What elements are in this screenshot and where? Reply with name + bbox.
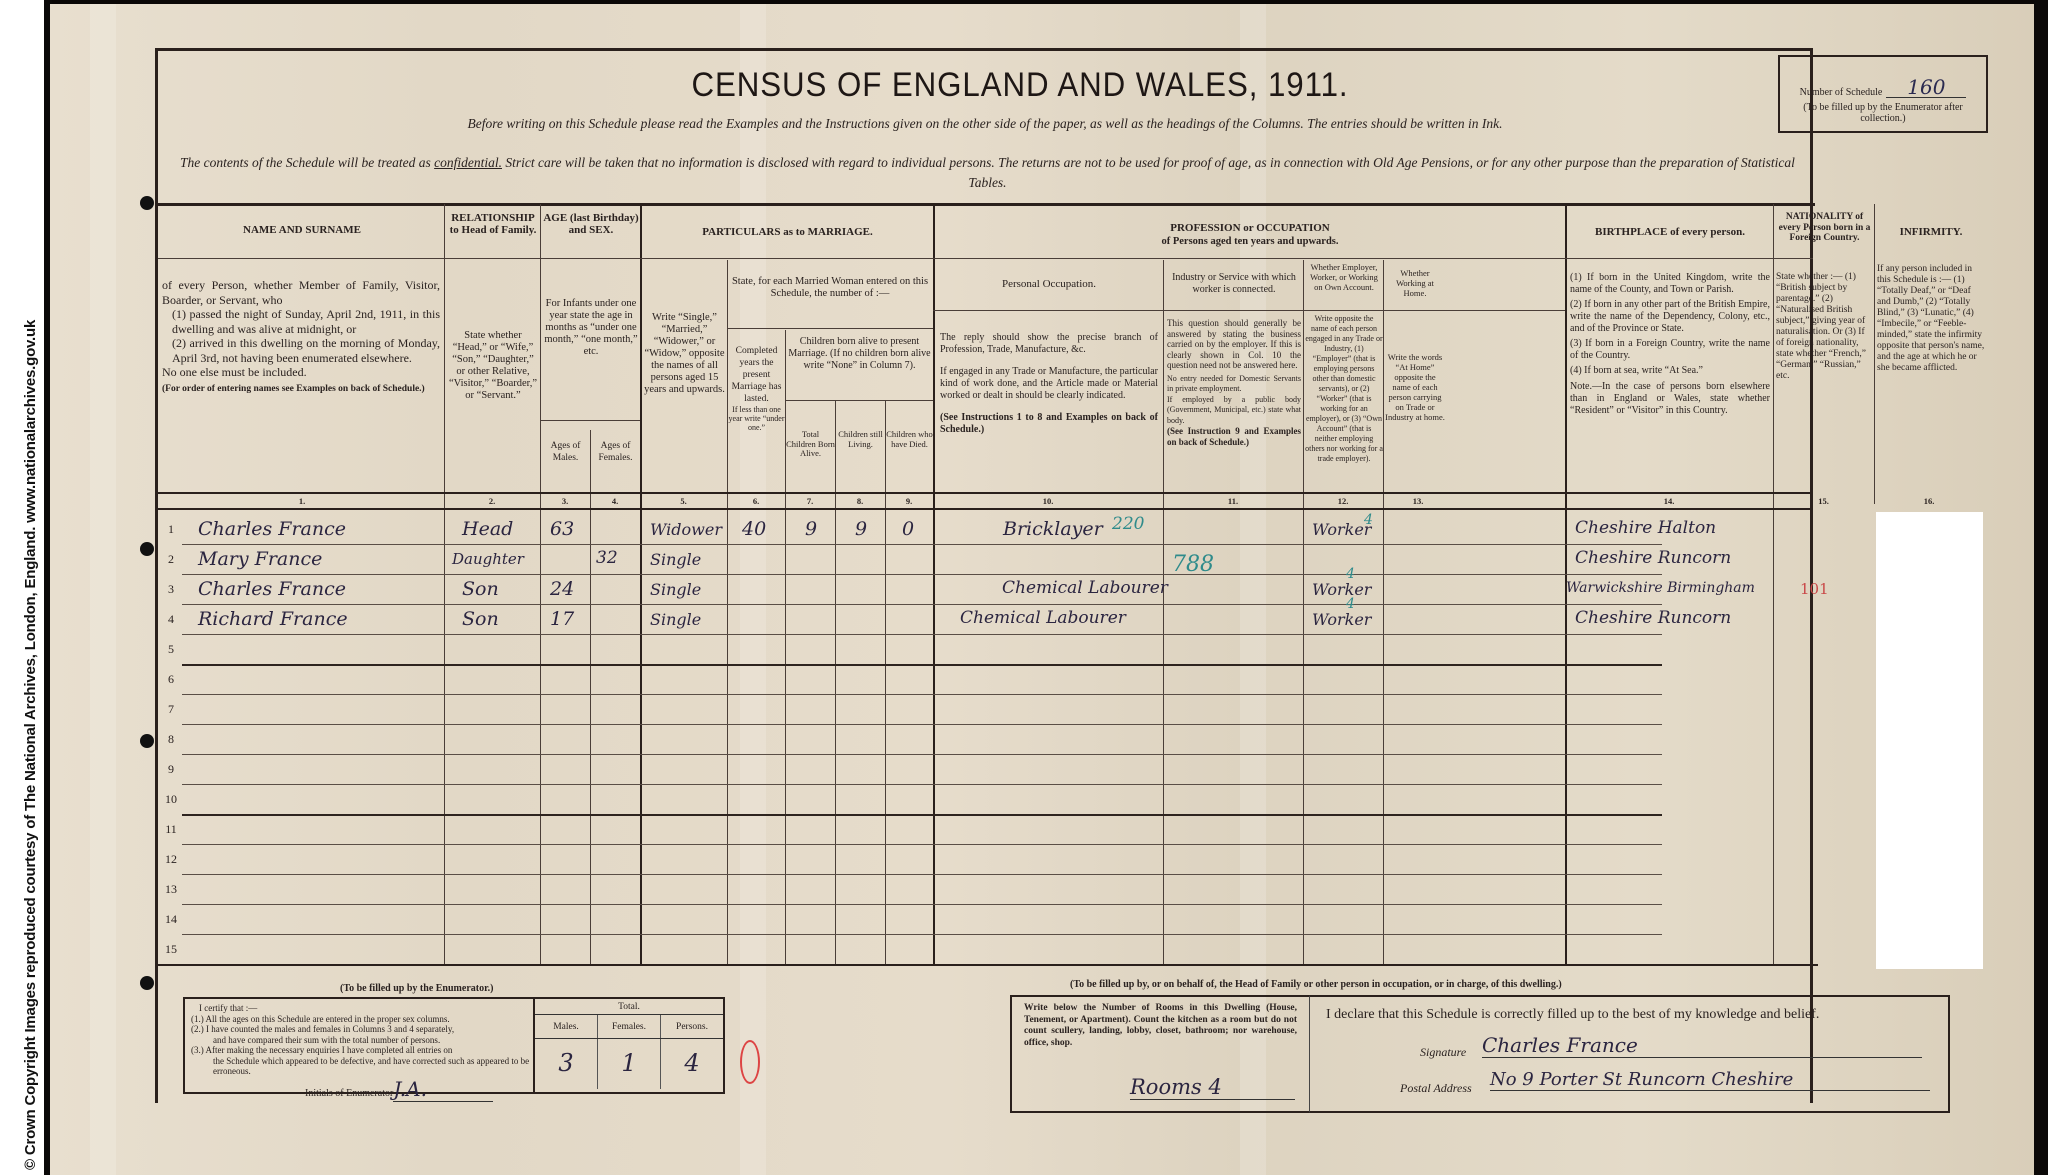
column-number: 13. bbox=[1383, 496, 1453, 506]
header-marriage: PARTICULARS as to MARRIAGE. bbox=[642, 226, 933, 238]
row-rule bbox=[182, 574, 1662, 575]
header-rule bbox=[727, 328, 933, 329]
redacted-infirmity-column bbox=[1876, 512, 1983, 969]
header-age: AGE (last Birthday) and SEX. bbox=[542, 212, 640, 236]
copyright-text: © Crown Copyright Images reproduced cour… bbox=[22, 320, 39, 1170]
header-name-body: of every Person, whether Member of Famil… bbox=[162, 278, 440, 395]
col-divider bbox=[785, 330, 786, 964]
cell-children-died[interactable]: 0 bbox=[902, 518, 914, 540]
punch-hole bbox=[140, 542, 154, 556]
header-relationship-body: State whether “Head,” or “Wife,” “Son,” … bbox=[448, 330, 538, 402]
row-rule bbox=[182, 874, 1662, 875]
row-rule bbox=[182, 934, 1662, 935]
form-title: CENSUS OF ENGLAND AND WALES, 1911. bbox=[560, 66, 1480, 105]
header-rule bbox=[785, 400, 933, 401]
declaration-text: I declare that this Schedule is correctl… bbox=[1326, 1007, 1819, 1023]
cell-occupation[interactable]: Chemical Labourer bbox=[960, 608, 1126, 628]
row-number: 15 bbox=[160, 942, 182, 957]
row-rule bbox=[182, 904, 1662, 905]
cell-birthplace[interactable]: Cheshire Halton bbox=[1575, 518, 1716, 538]
column-number: 2. bbox=[444, 496, 540, 506]
enumerator-certificate: I certify that :— (1.) All the ages on t… bbox=[183, 997, 725, 1094]
column-number: 7. bbox=[785, 496, 835, 506]
cell-children-living[interactable]: 9 bbox=[855, 518, 867, 540]
enumerator-initials-field[interactable]: J.A. bbox=[393, 1077, 493, 1102]
row-number: 2 bbox=[160, 552, 182, 567]
header-died: Children who have Died. bbox=[886, 430, 933, 449]
header-birthplace-body: (1) If born in the United Kingdom, write… bbox=[1570, 272, 1770, 417]
column-number: 15. bbox=[1773, 496, 1874, 506]
header-married-woman: State, for each Married Woman entered on… bbox=[730, 276, 930, 300]
header-ages-females: Ages of Females. bbox=[591, 440, 640, 464]
header-name: NAME AND SURNAME bbox=[160, 224, 444, 236]
row-rule bbox=[182, 604, 1662, 605]
row-number: 13 bbox=[160, 882, 182, 897]
column-number: 4. bbox=[590, 496, 640, 506]
intro-instructions: Before writing on this Schedule please r… bbox=[160, 116, 1810, 132]
row-number: 4 bbox=[160, 612, 182, 627]
header-employer: Whether Employer, Worker, or Working on … bbox=[1305, 262, 1383, 292]
col-divider bbox=[1303, 260, 1304, 964]
total-persons[interactable]: 4 bbox=[661, 1039, 723, 1089]
employer-mark: 4 bbox=[1364, 512, 1373, 528]
signature-field[interactable]: Charles France bbox=[1482, 1033, 1922, 1058]
row-number: 8 bbox=[160, 732, 182, 747]
red-zero-mark bbox=[740, 1040, 760, 1084]
column-number: 5. bbox=[640, 496, 727, 506]
cell-relationship[interactable]: Head bbox=[462, 518, 513, 540]
header-occupation: PROFESSION or OCCUPATION bbox=[935, 222, 1565, 234]
row-rule bbox=[182, 784, 1662, 785]
header-living: Children still Living. bbox=[836, 430, 885, 449]
cell-birthplace[interactable]: Cheshire Runcorn bbox=[1575, 608, 1731, 628]
cell-relationship[interactable]: Son bbox=[462, 578, 499, 600]
cell-marriage[interactable]: Single bbox=[650, 610, 701, 629]
row-number: 1 bbox=[160, 522, 182, 537]
punch-hole bbox=[140, 196, 154, 210]
household-caption: (To be filled up by, or on behalf of, th… bbox=[1070, 979, 1562, 990]
cell-age-male[interactable]: 17 bbox=[550, 608, 574, 630]
col-divider bbox=[933, 204, 935, 964]
column-number: 16. bbox=[1874, 496, 1984, 506]
employer-mark: 4 bbox=[1346, 596, 1355, 612]
cell-name[interactable]: Charles France bbox=[198, 578, 346, 600]
cell-name[interactable]: Mary France bbox=[198, 548, 322, 570]
paper-fold bbox=[90, 4, 116, 1175]
header-children: Children born alive to present Marriage.… bbox=[787, 336, 932, 372]
col-divider bbox=[1383, 260, 1384, 964]
column-number: 9. bbox=[885, 496, 933, 506]
col-divider bbox=[540, 204, 541, 964]
row-number: 10 bbox=[160, 792, 182, 807]
cell-age-male[interactable]: 63 bbox=[550, 518, 574, 540]
header-relationship: RELATIONSHIP to Head of Family. bbox=[446, 212, 540, 236]
cell-name[interactable]: Charles France bbox=[198, 518, 346, 540]
row-rule bbox=[182, 844, 1662, 845]
column-number: 11. bbox=[1163, 496, 1303, 506]
column-number: 3. bbox=[540, 496, 590, 506]
header-rule bbox=[158, 508, 1813, 510]
col-divider bbox=[590, 430, 591, 964]
cell-employer-status[interactable]: Worker bbox=[1312, 520, 1371, 539]
column-number: 12. bbox=[1303, 496, 1383, 506]
total-males[interactable]: 3 bbox=[535, 1039, 598, 1089]
copyright-strip: © Crown Copyright Images reproduced cour… bbox=[0, 0, 44, 1175]
row-rule bbox=[182, 694, 1662, 695]
declaration-box: I declare that this Schedule is correctl… bbox=[1310, 995, 1950, 1113]
schedule-number-box: Number of Schedule160 (To be filled up b… bbox=[1778, 55, 1988, 133]
header-industry: Industry or Service with which worker is… bbox=[1165, 272, 1303, 296]
column-number: 14. bbox=[1565, 496, 1773, 506]
row-rule bbox=[182, 814, 1662, 816]
header-marriage-write: Write “Single,” “Married,” “Widower,” or… bbox=[643, 312, 726, 396]
totals-table: Total. Males.Females.Persons. 314 bbox=[533, 999, 723, 1092]
table-bottom-rule bbox=[158, 964, 1818, 966]
cell-marriage[interactable]: Single bbox=[650, 580, 701, 599]
row-rule bbox=[182, 634, 1662, 635]
confidentiality-notice: The contents of the Schedule will be tre… bbox=[165, 153, 1810, 193]
rooms-field[interactable]: Rooms 4 bbox=[1130, 1075, 1295, 1100]
row-number: 9 bbox=[160, 762, 182, 777]
cell-name[interactable]: Richard France bbox=[198, 608, 348, 630]
cell-occupation[interactable]: Bricklayer bbox=[1003, 518, 1103, 540]
header-at-home: Whether Working at Home. bbox=[1385, 268, 1445, 298]
cell-relationship[interactable]: Son bbox=[462, 608, 499, 630]
header-nationality: NATIONALITY of every Person born in a Fo… bbox=[1775, 212, 1874, 244]
header-ages-males: Ages of Males. bbox=[541, 440, 590, 464]
enumerator-caption: (To be filled up by the Enumerator.) bbox=[340, 983, 493, 994]
cell-children-born[interactable]: 9 bbox=[805, 518, 817, 540]
row-rule bbox=[182, 754, 1662, 755]
header-rule bbox=[158, 492, 1813, 494]
header-rule bbox=[158, 258, 1813, 259]
row-number: 11 bbox=[160, 822, 182, 837]
cell-employer-status[interactable]: Worker bbox=[1312, 610, 1371, 629]
cell-marriage[interactable]: Widower bbox=[650, 520, 722, 539]
occupation-code: 788 bbox=[1172, 552, 1214, 577]
total-females[interactable]: 1 bbox=[598, 1039, 661, 1089]
nationality-code: 101 bbox=[1800, 580, 1829, 598]
cell-marriage[interactable]: Single bbox=[650, 550, 701, 569]
punch-hole bbox=[140, 976, 154, 990]
header-industry-body: This question should generally be answer… bbox=[1167, 318, 1301, 447]
schedule-number-field[interactable]: 160 bbox=[1886, 77, 1966, 98]
cell-relationship[interactable]: Daughter bbox=[452, 550, 524, 568]
row-rule bbox=[182, 724, 1662, 725]
col-divider bbox=[444, 204, 445, 964]
row-number: 14 bbox=[160, 912, 182, 927]
header-rule bbox=[933, 310, 1565, 311]
column-number: 8. bbox=[835, 496, 885, 506]
row-rule bbox=[182, 664, 1662, 666]
header-birthplace: BIRTHPLACE of every person. bbox=[1567, 226, 1773, 238]
cell-birthplace[interactable]: Warwickshire Birmingham bbox=[1566, 580, 1755, 596]
row-number: 6 bbox=[160, 672, 182, 687]
punch-hole bbox=[140, 734, 154, 748]
cell-employer-status[interactable]: Worker bbox=[1312, 580, 1371, 599]
col-divider bbox=[1163, 260, 1164, 964]
enumerator-initials: Initials of EnumeratorJ.A. bbox=[305, 1077, 493, 1102]
col-divider bbox=[1874, 204, 1875, 504]
col-divider bbox=[835, 400, 836, 964]
row-number: 3 bbox=[160, 582, 182, 597]
cell-age-male[interactable]: 24 bbox=[550, 578, 574, 600]
column-number: 1. bbox=[160, 496, 444, 506]
col-divider bbox=[640, 204, 642, 964]
header-rule bbox=[540, 420, 640, 421]
employer-mark: 4 bbox=[1346, 566, 1355, 582]
header-at-home-body: Write the words “At Home” opposite the n… bbox=[1385, 352, 1445, 422]
col-divider bbox=[1773, 204, 1774, 964]
header-years-married: Completed years the present Marriage has… bbox=[728, 345, 785, 432]
header-infirmity: INFIRMITY. bbox=[1876, 226, 1986, 238]
cell-birthplace[interactable]: Cheshire Runcorn bbox=[1575, 548, 1731, 568]
header-nationality-body: State whether :— (1) “British subject by… bbox=[1776, 272, 1873, 382]
cell-age-female[interactable]: 32 bbox=[596, 548, 618, 568]
header-infirmity-body: If any person included in this Schedule … bbox=[1877, 264, 1985, 374]
row-number: 5 bbox=[160, 642, 182, 657]
row-rule bbox=[182, 544, 1662, 545]
header-born-alive: Total Children Born Alive. bbox=[786, 430, 835, 459]
row-number: 12 bbox=[160, 852, 182, 867]
header-age-body: For Infants under one year state the age… bbox=[544, 298, 638, 358]
header-personal-body: The reply should show the precise branch… bbox=[940, 332, 1158, 436]
cell-years-married[interactable]: 40 bbox=[742, 518, 766, 540]
occupation-code: 220 bbox=[1112, 514, 1144, 534]
header-personal-occupation: Personal Occupation. bbox=[935, 278, 1163, 290]
header-employer-body: Write opposite the name of each person e… bbox=[1305, 314, 1383, 464]
cell-occupation[interactable]: Chemical Labourer bbox=[1002, 578, 1168, 598]
col-divider bbox=[885, 400, 886, 964]
column-number: 10. bbox=[933, 496, 1163, 506]
scan-edge-right bbox=[2034, 0, 2048, 1175]
postal-address-field[interactable]: No 9 Porter St Runcorn Cheshire bbox=[1490, 1069, 1930, 1091]
row-number: 7 bbox=[160, 702, 182, 717]
column-number: 6. bbox=[727, 496, 785, 506]
rooms-box: Write below the Number of Rooms in this … bbox=[1010, 995, 1310, 1113]
